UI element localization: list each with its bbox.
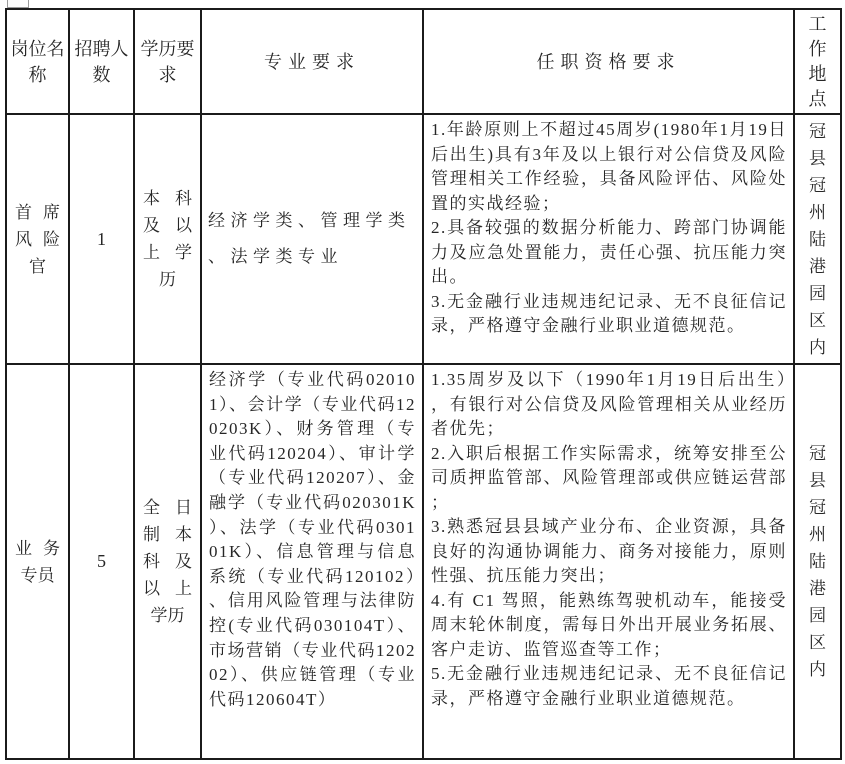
header-education: 学历要求 bbox=[134, 9, 201, 114]
recruitment-table: 岗位名称 招聘人数 学历要求 专业要求 任职资格要求 工作地点 首席风险官 1 … bbox=[5, 8, 842, 760]
qualification-item: 4.有 C1 驾照，能熟练驾驶机动车，能接受周末轮休制度，需每日外出开展业务拓展… bbox=[431, 589, 787, 663]
page: 岗位名称 招聘人数 学历要求 专业要求 任职资格要求 工作地点 首席风险官 1 … bbox=[0, 0, 845, 764]
cell-position: 首席风险官 bbox=[6, 114, 69, 364]
cell-position: 业务专员 bbox=[6, 364, 69, 759]
header-location: 工作地点 bbox=[794, 9, 841, 114]
qualification-item: 5.无金融行业违规违纪记录、无不良征信记录，严格遵守金融行业职业道德规范。 bbox=[431, 662, 787, 711]
cell-education: 全日制本科及以上学历 bbox=[134, 364, 201, 759]
qualification-item: 2.具备较强的数据分析能力、跨部门协调能力及应急处置能力，责任心强、抗压能力突出… bbox=[431, 216, 787, 290]
cell-qualifications: 1.年龄原则上不超过45周岁(1980年1月19日后出生)具有3年及以上银行对公… bbox=[423, 114, 794, 364]
cell-major: 经济学（专业代码020101）、会计学（专业代码120203K）、财务管理（专业… bbox=[201, 364, 423, 759]
header-location-text: 工作地点 bbox=[808, 12, 827, 112]
qualification-item: 1.年龄原则上不超过45周岁(1980年1月19日后出生)具有3年及以上银行对公… bbox=[431, 118, 787, 216]
major-text: 经济学（专业代码020101）、会计学（专业代码120203K）、财务管理（专业… bbox=[202, 365, 422, 712]
cell-headcount: 5 bbox=[69, 364, 134, 759]
header-headcount: 招聘人数 bbox=[69, 9, 134, 114]
cell-major: 经济学类、管理学类、法学类专业 bbox=[201, 114, 423, 364]
cell-education: 本科及以上学历 bbox=[134, 114, 201, 364]
table-row: 业务专员 5 全日制本科及以上学历 经济学（专业代码020101）、会计学（专业… bbox=[6, 364, 841, 759]
header-qualification: 任职资格要求 bbox=[423, 9, 794, 114]
cell-qualifications: 1.35周岁及以下（1990年1月19日后出生），有银行对公信贷及风险管理相关从… bbox=[423, 364, 794, 759]
header-row: 岗位名称 招聘人数 学历要求 专业要求 任职资格要求 工作地点 bbox=[6, 9, 841, 114]
location-text: 冠县冠州陆港园区内 bbox=[808, 440, 827, 683]
major-text: 经济学类、管理学类、法学类专业 bbox=[202, 203, 422, 275]
qualification-item: 1.35周岁及以下（1990年1月19日后出生），有银行对公信贷及风险管理相关从… bbox=[431, 368, 787, 442]
qualification-list: 1.年龄原则上不超过45周岁(1980年1月19日后出生)具有3年及以上银行对公… bbox=[424, 115, 793, 339]
qualification-item: 3.熟悉冠县县域产业分布、企业资源，具备良好的沟通协调能力、商务对接能力，原则性… bbox=[431, 515, 787, 589]
table-row: 首席风险官 1 本科及以上学历 经济学类、管理学类、法学类专业 1.年龄原则上不… bbox=[6, 114, 841, 364]
qualification-list: 1.35周岁及以下（1990年1月19日后出生），有银行对公信贷及风险管理相关从… bbox=[424, 365, 793, 711]
qualification-item: 3.无金融行业违规违纪记录、无不良征信记录，严格遵守金融行业职业道德规范。 bbox=[431, 290, 787, 339]
cell-location: 冠县冠州陆港园区内 bbox=[794, 364, 841, 759]
cell-headcount: 1 bbox=[69, 114, 134, 364]
location-text: 冠县冠州陆港园区内 bbox=[808, 118, 827, 361]
cell-location: 冠县冠州陆港园区内 bbox=[794, 114, 841, 364]
header-position: 岗位名称 bbox=[6, 9, 69, 114]
qualification-item: 2.入职后根据工作实际需求，统筹安排至公司质押监管部、风险管理部或供应链运营部； bbox=[431, 442, 787, 516]
scan-artifact bbox=[7, 0, 29, 8]
header-major: 专业要求 bbox=[201, 9, 423, 114]
